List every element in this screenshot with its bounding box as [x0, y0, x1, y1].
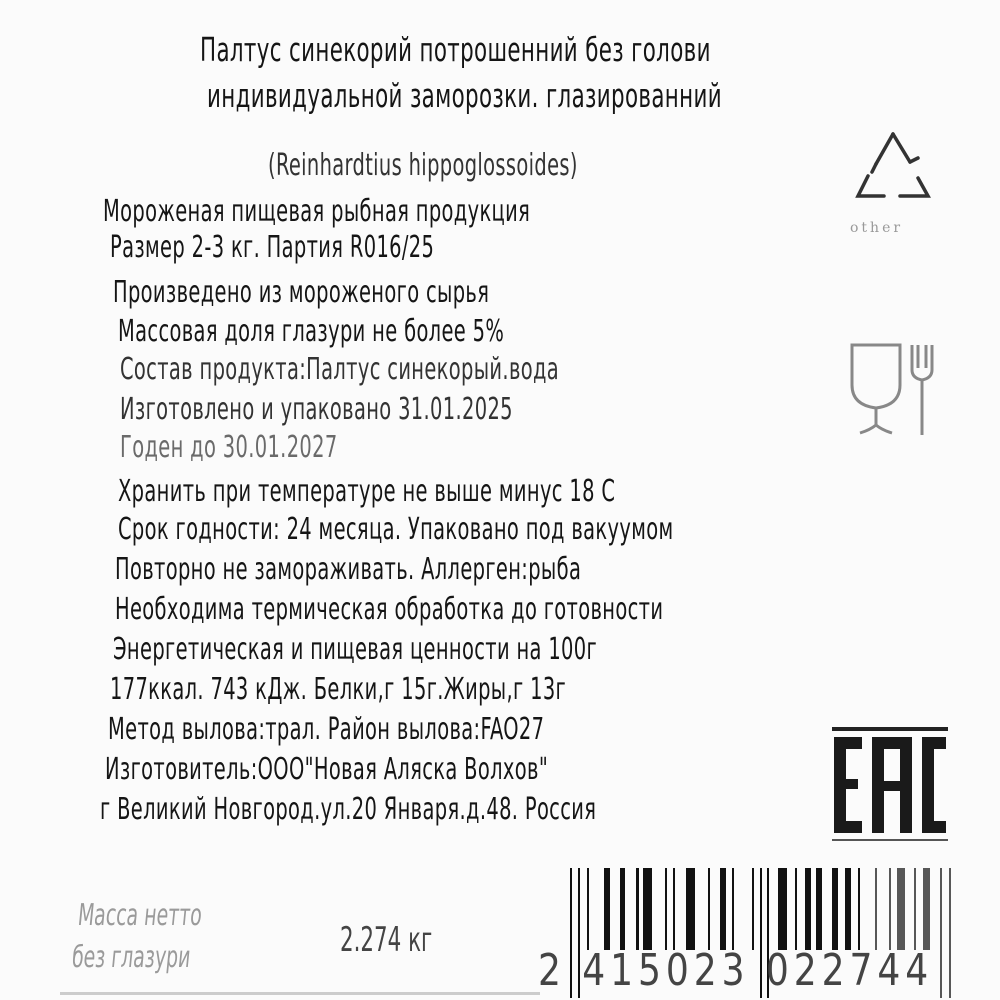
info-line-expiry-date: Годен до 30.01.2027 [120, 430, 338, 466]
info-line-address: г Великий Новгород.ул.20 Января.д.48. Ро… [100, 792, 596, 828]
latin-name: (Reinhardtius hippoglossoides) [268, 148, 578, 184]
divider [60, 992, 540, 995]
glass-fork-icon [840, 330, 940, 440]
info-line-catch-method: Метод вылова:трал. Район вылова:FAO27 [108, 712, 544, 748]
net-weight-value: 2.274 кг [340, 920, 432, 960]
recycle-caption: other [850, 220, 903, 236]
net-weight-label-line-2: без глазури [70, 940, 192, 976]
info-line-glaze: Массовая доля глазури не более 5% [118, 314, 504, 350]
recycle-icon [848, 128, 938, 208]
info-line-allergen: Повторно не замораживать. Аллерген:рыба [115, 552, 581, 588]
info-line-size-batch: Размер 2-3 кг. Партия R016/25 [110, 230, 434, 266]
product-title-line-1: Палтус синекорий потрошенний без голови [200, 32, 711, 68]
info-line-raw-material: Произведено из мороженого сырья [113, 275, 489, 311]
info-line-product-type: Мороженая пищевая рыбная продукция [103, 194, 530, 230]
info-line-storage: Хранить при температуре не выше минус 18… [118, 474, 615, 510]
info-line-manufacturer: Изготовитель:ООО"Новая Аляска Волхов" [105, 752, 548, 788]
net-weight-label-line-1: Масса нетто [76, 898, 203, 934]
info-line-manufacture-date: Изготовлено и упаковано 31.01.2025 [120, 392, 513, 428]
product-label: Палтус синекорий потрошенний без голови … [0, 0, 1000, 1000]
info-line-nutrition-values: 177ккал. 743 кДж. Белки,г 15г.Жиры,г 13г [110, 672, 566, 708]
eac-mark-icon [830, 725, 950, 845]
info-line-composition: Состав продукта:Палтус синекорый.вода [120, 352, 559, 388]
info-line-shelf-life: Срок годности: 24 месяца. Упаковано под … [118, 512, 674, 548]
info-line-nutrition-header: Энергетическая и пищевая ценности на 100… [113, 632, 597, 668]
info-line-cooking: Необходима термическая обработка до гото… [115, 592, 663, 628]
barcode-digits: 2 415023 022744 [538, 945, 933, 996]
product-title-line-2: индивидуальной заморозки. глазированний [207, 78, 722, 114]
